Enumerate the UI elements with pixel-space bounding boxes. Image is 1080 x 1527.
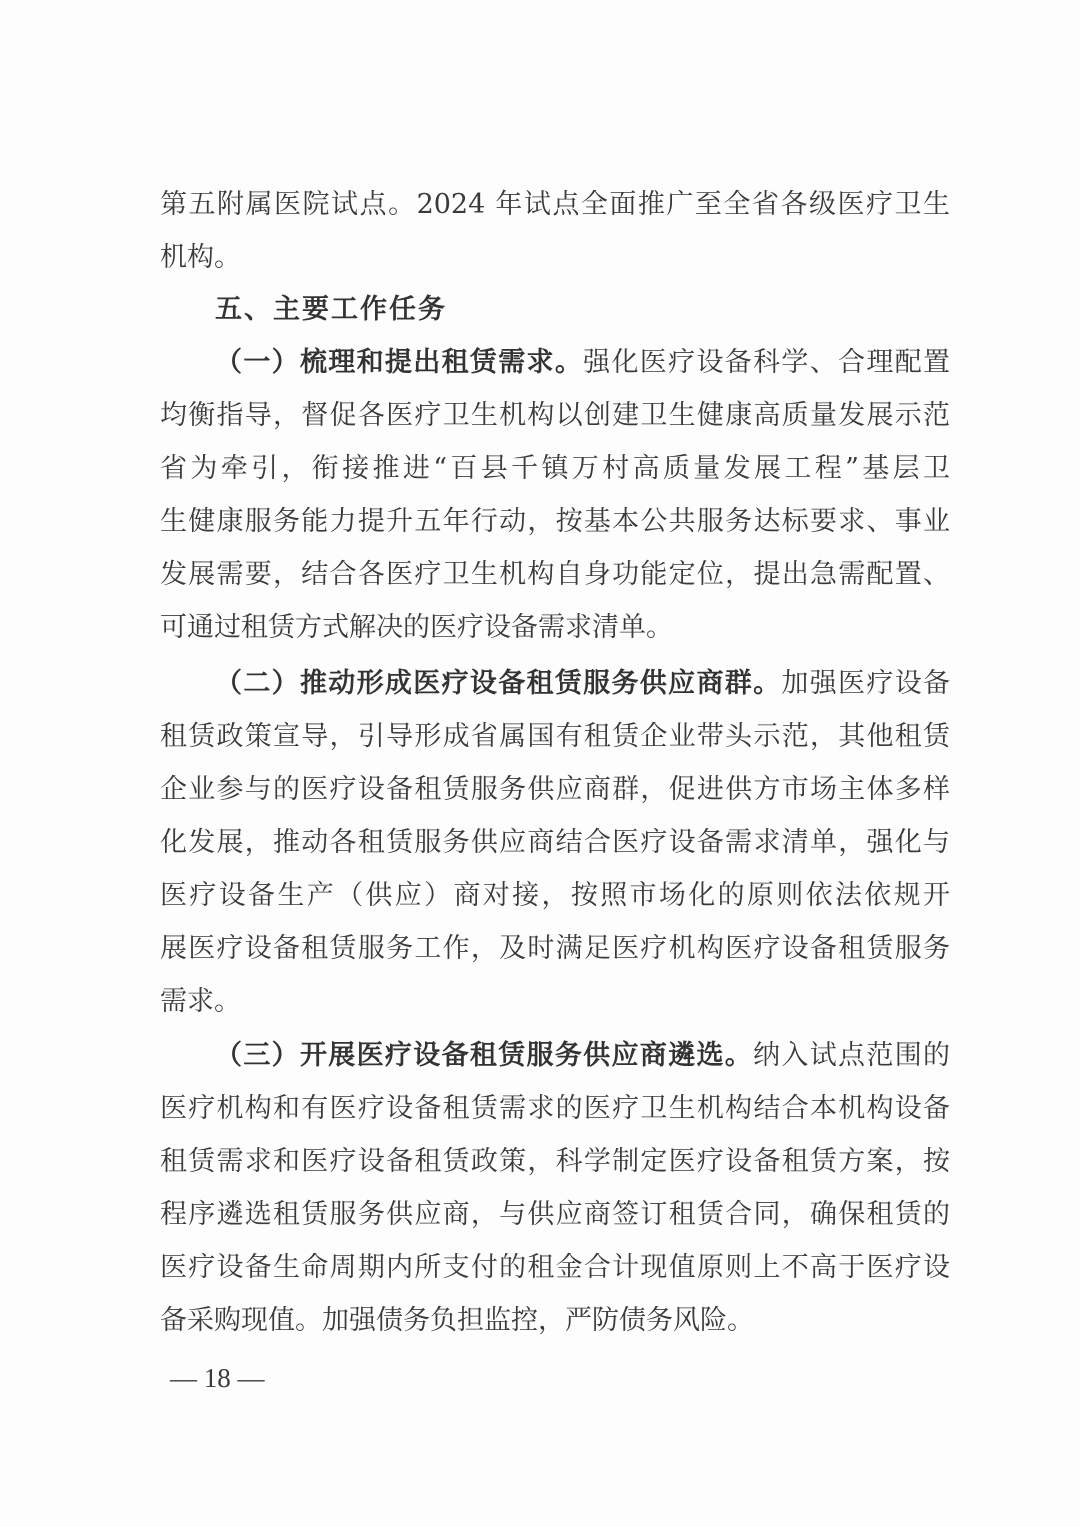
body-text-line: 省为牵引，衔接推进“百县千镇万村高质量发展工程”基层卫	[160, 451, 950, 487]
body-text-line: 医疗机构和有医疗设备租赁需求的医疗卫生机构结合本机构设备	[160, 1091, 950, 1127]
item-title: 开展医疗设备租赁服务供应商遴选。	[300, 1040, 753, 1071]
item-text: 加强医疗设备	[781, 668, 950, 699]
item-label: （二）	[215, 668, 300, 699]
item-title: 推动形成医疗设备租赁服务供应商群。	[300, 668, 781, 699]
body-text-line: 发展需要，结合各医疗卫生机构自身功能定位，提出急需配置、	[160, 557, 950, 593]
body-text-line: 需求。	[160, 984, 950, 1020]
document-page: 第五附属医院试点。2024 年试点全面推广至全省各级医疗卫生 机构。 五、主要工…	[0, 0, 1080, 1527]
body-text-line: 均衡指导，督促各医疗卫生机构以创建卫生健康高质量发展示范	[160, 398, 950, 434]
body-text-line: 租赁政策宣导，引导形成省属国有租赁企业带头示范，其他租赁	[160, 719, 950, 755]
body-text-line: 租赁需求和医疗设备租赁政策，科学制定医疗设备租赁方案，按	[160, 1144, 950, 1180]
item-first-line: （一）梳理和提出租赁需求。强化医疗设备科学、合理配置	[215, 345, 950, 381]
body-text-line: 企业参与的医疗设备租赁服务供应商群，促进供方市场主体多样	[160, 772, 950, 808]
body-text-line: 程序遴选租赁服务供应商，与供应商签订租赁合同，确保租赁的	[160, 1197, 950, 1233]
body-text-line: 化发展，推动各租赁服务供应商结合医疗设备需求清单，强化与	[160, 825, 950, 861]
item-first-line: （三）开展医疗设备租赁服务供应商遴选。纳入试点范围的	[215, 1038, 950, 1074]
body-text-line: 生健康服务能力提升五年行动，按基本公共服务达标要求、事业	[160, 504, 950, 540]
body-text-line: 备采购现值。加强债务负担监控，严防债务风险。	[160, 1303, 950, 1339]
section-heading: 五、主要工作任务	[215, 292, 950, 328]
item-text: 纳入试点范围的	[753, 1040, 950, 1071]
item-text: 强化医疗设备科学、合理配置	[583, 347, 950, 378]
body-text-line: 第五附属医院试点。2024 年试点全面推广至全省各级医疗卫生	[160, 187, 950, 223]
body-text-line: 展医疗设备租赁服务工作，及时满足医疗机构医疗设备租赁服务	[160, 931, 950, 967]
page-number: — 18 —	[170, 1360, 265, 1396]
item-label: （三）	[215, 1040, 300, 1071]
body-text-line: 医疗设备生命周期内所支付的租金合计现值原则上不高于医疗设	[160, 1250, 950, 1286]
item-label: （一）	[215, 347, 300, 378]
body-text-line: 医疗设备生产（供应）商对接，按照市场化的原则依法依规开	[160, 878, 950, 914]
body-text-line: 机构。	[160, 240, 950, 276]
item-first-line: （二）推动形成医疗设备租赁服务供应商群。加强医疗设备	[215, 666, 950, 702]
item-title: 梳理和提出租赁需求。	[300, 347, 583, 378]
body-text-line: 可通过租赁方式解决的医疗设备需求清单。	[160, 610, 950, 646]
